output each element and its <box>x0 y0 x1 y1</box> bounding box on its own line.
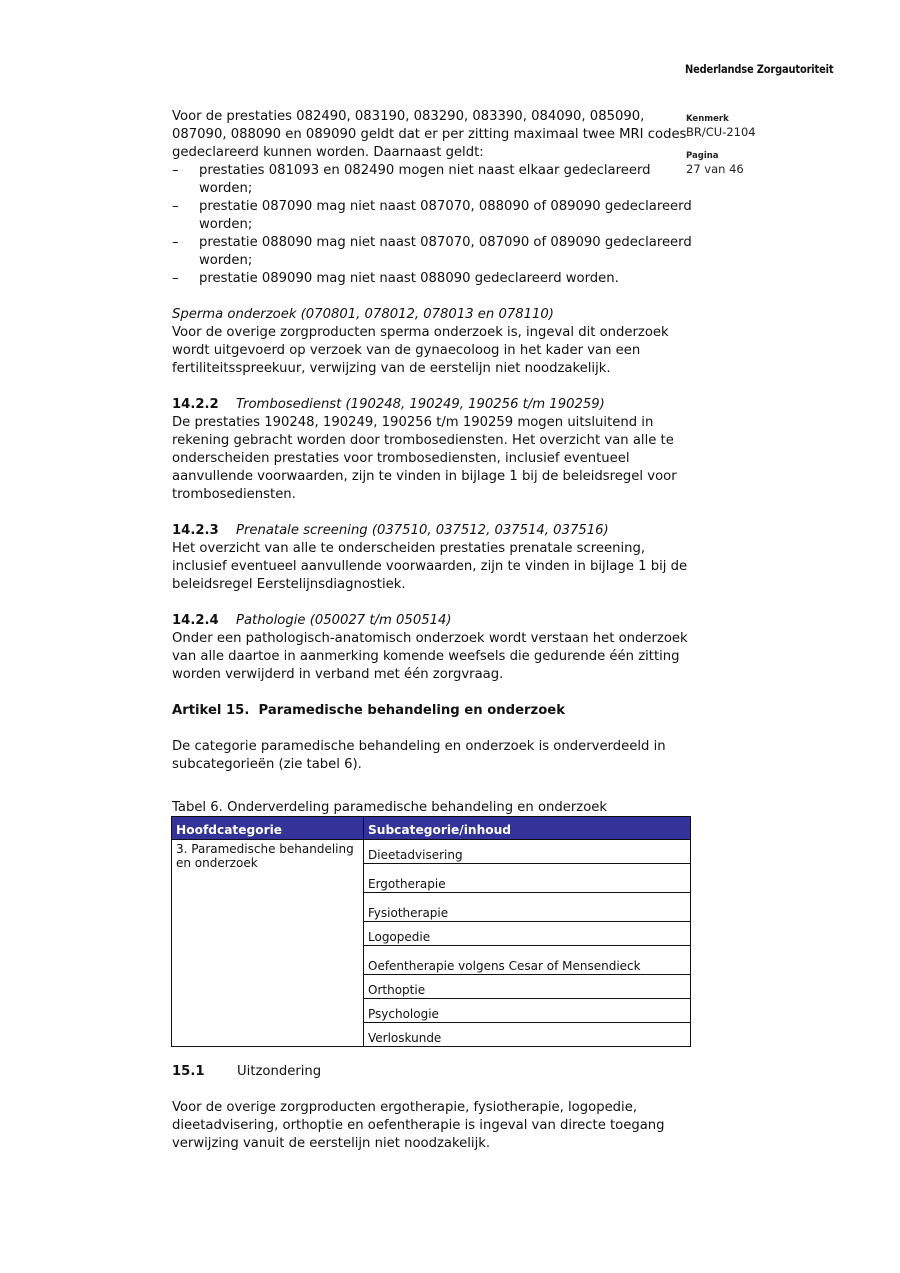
subcategory-cell: Oefentherapie volgens Cesar of Mensendie… <box>364 946 691 975</box>
section-body-14-2-4: Onder een pathologisch-anatomisch onderz… <box>172 630 692 684</box>
document-body: Voor de prestaties 082490, 083190, 08329… <box>172 108 692 1153</box>
artikel-15-heading: Artikel 15. Paramedische behandeling en … <box>172 702 692 720</box>
table-header-row: Hoofdcategorie Subcategorie/inhoud <box>172 817 691 840</box>
pagina-value: 27 van 46 <box>686 162 744 176</box>
kenmerk-value: BR/CU-2104 <box>686 125 756 139</box>
column-header-hoofdcategorie: Hoofdcategorie <box>172 817 364 840</box>
organization-name: Nederlandse Zorgautoriteit <box>685 62 833 76</box>
pagina-label: Pagina <box>686 151 744 162</box>
subcategory-cell: Dieetadvisering <box>364 840 691 864</box>
uitzondering-body: Voor de overige zorgproducten ergotherap… <box>172 1099 692 1153</box>
artikel-15-body: De categorie paramedische behandeling en… <box>172 738 692 774</box>
column-header-subcategorie: Subcategorie/inhoud <box>364 817 691 840</box>
list-item: –prestaties 081093 en 082490 mogen niet … <box>172 162 692 198</box>
main-category-cell: 3. Paramedische behandeling en onderzoek <box>172 840 364 1047</box>
list-item: –prestatie 087090 mag niet naast 087070,… <box>172 198 692 234</box>
subcategory-cell: Orthoptie <box>364 975 691 999</box>
subcategory-cell: Ergotherapie <box>364 864 691 893</box>
section-heading-14-2-2: 14.2.2Trombosedienst (190248, 190249, 19… <box>172 396 692 414</box>
section-heading-14-2-3: 14.2.3Prenatale screening (037510, 03751… <box>172 522 692 540</box>
section-heading-14-2-4: 14.2.4Pathologie (050027 t/m 050514) <box>172 612 692 630</box>
subcategory-cell: Fysiotherapie <box>364 893 691 922</box>
list-item: –prestatie 088090 mag niet naast 087070,… <box>172 234 692 270</box>
sperma-heading: Sperma onderzoek (070801, 078012, 078013… <box>172 306 692 324</box>
section-heading-15-1: 15.1Uitzondering <box>172 1063 692 1081</box>
intro-paragraph: Voor de prestaties 082490, 083190, 08329… <box>172 108 692 162</box>
dash-bullet: – <box>172 270 179 288</box>
sperma-body: Voor de overige zorgproducten sperma ond… <box>172 324 692 378</box>
subcategory-cell: Logopedie <box>364 922 691 946</box>
subcategory-cell: Psychologie <box>364 999 691 1023</box>
kenmerk-block: Kenmerk BR/CU-2104 <box>686 114 756 139</box>
dash-bullet: – <box>172 198 179 216</box>
section-body-14-2-3: Het overzicht van alle te onderscheiden … <box>172 540 692 594</box>
section-body-14-2-2: De prestaties 190248, 190249, 190256 t/m… <box>172 414 692 504</box>
table-row: 3. Paramedische behandeling en onderzoek… <box>172 840 691 864</box>
list-item: –prestatie 089090 mag niet naast 088090 … <box>172 270 692 288</box>
kenmerk-label: Kenmerk <box>686 114 756 125</box>
table-caption: Tabel 6. Onderverdeling paramedische beh… <box>172 800 692 816</box>
dash-bullet: – <box>172 162 179 180</box>
pagina-block: Pagina 27 van 46 <box>686 151 744 176</box>
dash-bullet: – <box>172 234 179 252</box>
subcategory-table: Hoofdcategorie Subcategorie/inhoud 3. Pa… <box>171 816 691 1047</box>
restriction-list: –prestaties 081093 en 082490 mogen niet … <box>172 162 692 288</box>
subcategory-cell: Verloskunde <box>364 1023 691 1047</box>
